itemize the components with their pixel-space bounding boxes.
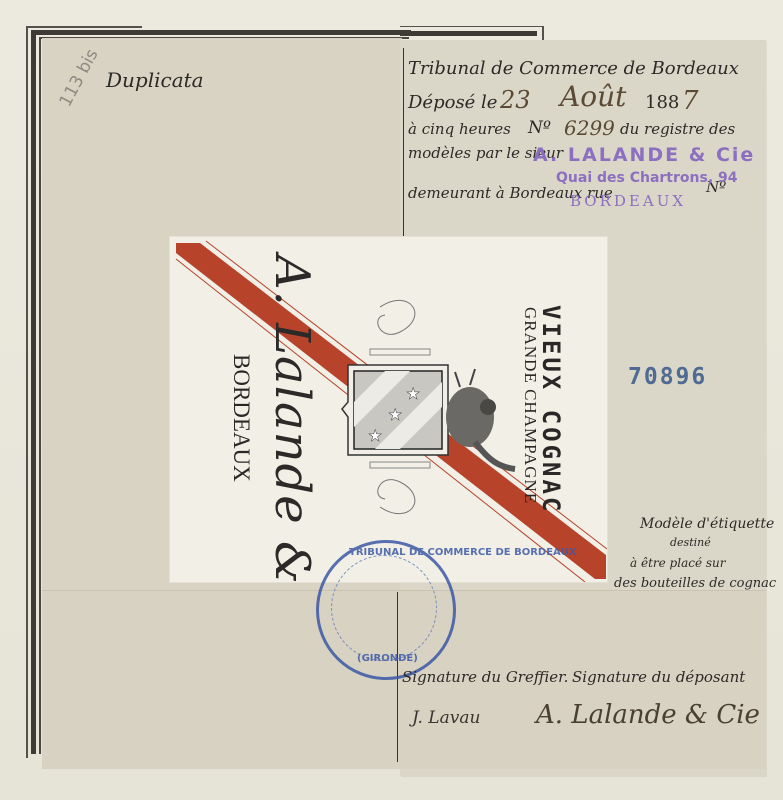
greffier-signature: J. Lavau — [412, 708, 480, 728]
svg-text:★: ★ — [406, 384, 420, 403]
duplicata-text: Duplicata — [106, 68, 204, 92]
register-number-hand: 6299 — [564, 116, 615, 140]
note-line-4: des bouteilles de cognac — [614, 576, 776, 591]
year-hand: 7 — [682, 86, 699, 116]
svg-text:★: ★ — [388, 405, 402, 424]
frame-line — [26, 26, 28, 758]
cognac-label: ★ ★ ★ VIEUX COGNAC GRANDE CHAMPAGNE A. L… — [170, 237, 607, 582]
greffier-signature-label: Signature du Greffier. — [402, 668, 568, 686]
seal-top-text: TRIBUNAL DE COMMERCE DE BORDEAUX — [349, 547, 576, 558]
numero-label: Nº — [528, 118, 551, 138]
depose-label: Déposé le — [408, 92, 497, 113]
form-divider — [403, 48, 404, 238]
year-printed: 188 — [645, 92, 679, 113]
heures-label: à cinq heures — [408, 120, 511, 138]
frame-line — [39, 37, 41, 754]
coat-of-arms-shield: ★ ★ ★ — [342, 365, 448, 455]
seal-bottom-text: (GIRONDE) — [357, 653, 418, 664]
register-stamp-number: 70896 — [628, 364, 707, 390]
deposant-signature: A. Lalande & Cie — [536, 700, 760, 730]
depose-day: 23 — [500, 86, 531, 114]
court-seal-stamp: TRIBUNAL DE COMMERCE DE BORDEAUX (GIROND… — [316, 540, 456, 680]
frame-band — [31, 30, 36, 754]
note-line-1: Modèle d'étiquette — [640, 516, 774, 532]
depose-month: Août — [560, 80, 626, 113]
stamp-city: BORDEAUX — [570, 192, 686, 210]
svg-text:★: ★ — [368, 426, 382, 445]
stamp-address: Quai des Chartrons, 94 — [556, 170, 738, 186]
note-line-2: destiné — [670, 536, 711, 549]
frame-corner — [400, 26, 544, 41]
note-line-3: à être placé sur — [630, 556, 725, 570]
label-city: BORDEAUX — [228, 354, 254, 482]
registre-text: du registre des — [620, 120, 735, 138]
frame-line — [26, 26, 142, 28]
label-signature: A. Lalande & C. — [264, 255, 320, 582]
deposant-signature-label: Signature du déposant — [572, 668, 745, 686]
label-title: VIEUX COGNAC — [537, 305, 565, 514]
court-title: Tribunal de Commerce de Bordeaux — [408, 58, 739, 79]
frame-band — [31, 30, 411, 35]
stamp-company-name: A. LALANDE & Cie — [533, 144, 755, 166]
label-subtitle: GRANDE CHAMPAGNE — [520, 307, 540, 504]
